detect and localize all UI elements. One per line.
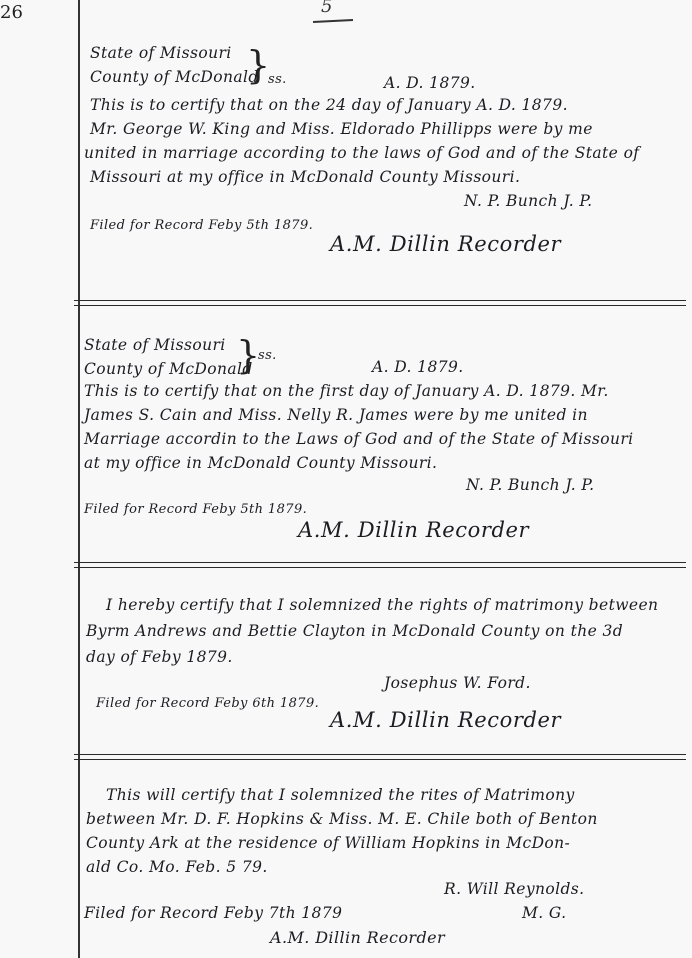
record-4-filed: Filed for Record Feby 7th 1879: [84, 904, 342, 922]
record-1-brace: }: [246, 46, 270, 84]
record-separator: [74, 754, 686, 760]
record-3-officiant: Josephus W. Ford.: [384, 674, 531, 692]
record-1-body-line: This is to certify that on the 24 day of…: [90, 96, 568, 114]
record-separator: [74, 562, 686, 568]
margin-line: [78, 0, 80, 958]
record-3-body-line: day of Feby 1879.: [86, 648, 233, 666]
record-4-recorder-signature: A.M. Dillin Recorder: [270, 928, 445, 947]
record-1-year-heading: A. D. 1879.: [384, 74, 476, 92]
record-3-body-line: Byrm Andrews and Bettie Clayton in McDon…: [86, 622, 623, 640]
record-3-body-line: I hereby certify that I solemnized the r…: [106, 596, 658, 614]
record-2-body-line: This is to certify that on the first day…: [84, 382, 609, 400]
record-1-body-line: Missouri at my office in McDonald County…: [90, 168, 520, 186]
record-3-filed: Filed for Record Feby 6th 1879.: [96, 696, 319, 711]
record-1-body-line: united in marriage according to the laws…: [84, 144, 639, 162]
record-1-filed: Filed for Record Feby 5th 1879.: [90, 218, 313, 233]
record-1-ss: ss.: [268, 72, 287, 87]
record-1-body-line: Mr. George W. King and Miss. Eldorado Ph…: [90, 120, 593, 138]
record-2-year-heading: A. D. 1879.: [372, 358, 464, 376]
record-2-header-county: County of McDonald: [84, 360, 253, 378]
record-2-filed: Filed for Record Feby 5th 1879.: [84, 502, 307, 517]
record-1-recorder-signature: A.M. Dillin Recorder: [330, 232, 561, 256]
top-mark: 5: [313, 0, 353, 22]
record-2-header-state: State of Missouri: [84, 336, 226, 354]
record-1-header-county: County of McDonald: [90, 68, 259, 86]
record-4-body-line: between Mr. D. F. Hopkins & Miss. M. E. …: [86, 810, 598, 828]
record-3-recorder-signature: A.M. Dillin Recorder: [330, 708, 561, 732]
record-2-body-line: at my office in McDonald County Missouri…: [84, 454, 437, 472]
record-4-body-line: County Ark at the residence of William H…: [86, 834, 570, 852]
record-4-body-line: This will certify that I solemnized the …: [106, 786, 575, 804]
record-2-body-line: Marriage accordin to the Laws of God and…: [84, 430, 634, 448]
record-4-body-line: ald Co. Mo. Feb. 5 79.: [86, 858, 268, 876]
record-separator: [74, 300, 686, 306]
record-2-brace: }: [236, 336, 260, 374]
record-4-officiant-title: M. G.: [522, 904, 566, 922]
record-2-ss: ss.: [258, 348, 277, 363]
record-4-officiant: R. Will Reynolds.: [444, 880, 584, 898]
record-1-header-state: State of Missouri: [90, 44, 232, 62]
top-mark-rule: [313, 19, 353, 23]
page-number: 26: [0, 2, 23, 23]
record-2-recorder-signature: A.M. Dillin Recorder: [298, 518, 529, 542]
record-1-officiant: N. P. Bunch J. P.: [464, 192, 592, 210]
top-mark-glyph: 5: [321, 0, 332, 17]
record-2-body-line: James S. Cain and Miss. Nelly R. James w…: [84, 406, 588, 424]
record-2-officiant: N. P. Bunch J. P.: [466, 476, 594, 494]
